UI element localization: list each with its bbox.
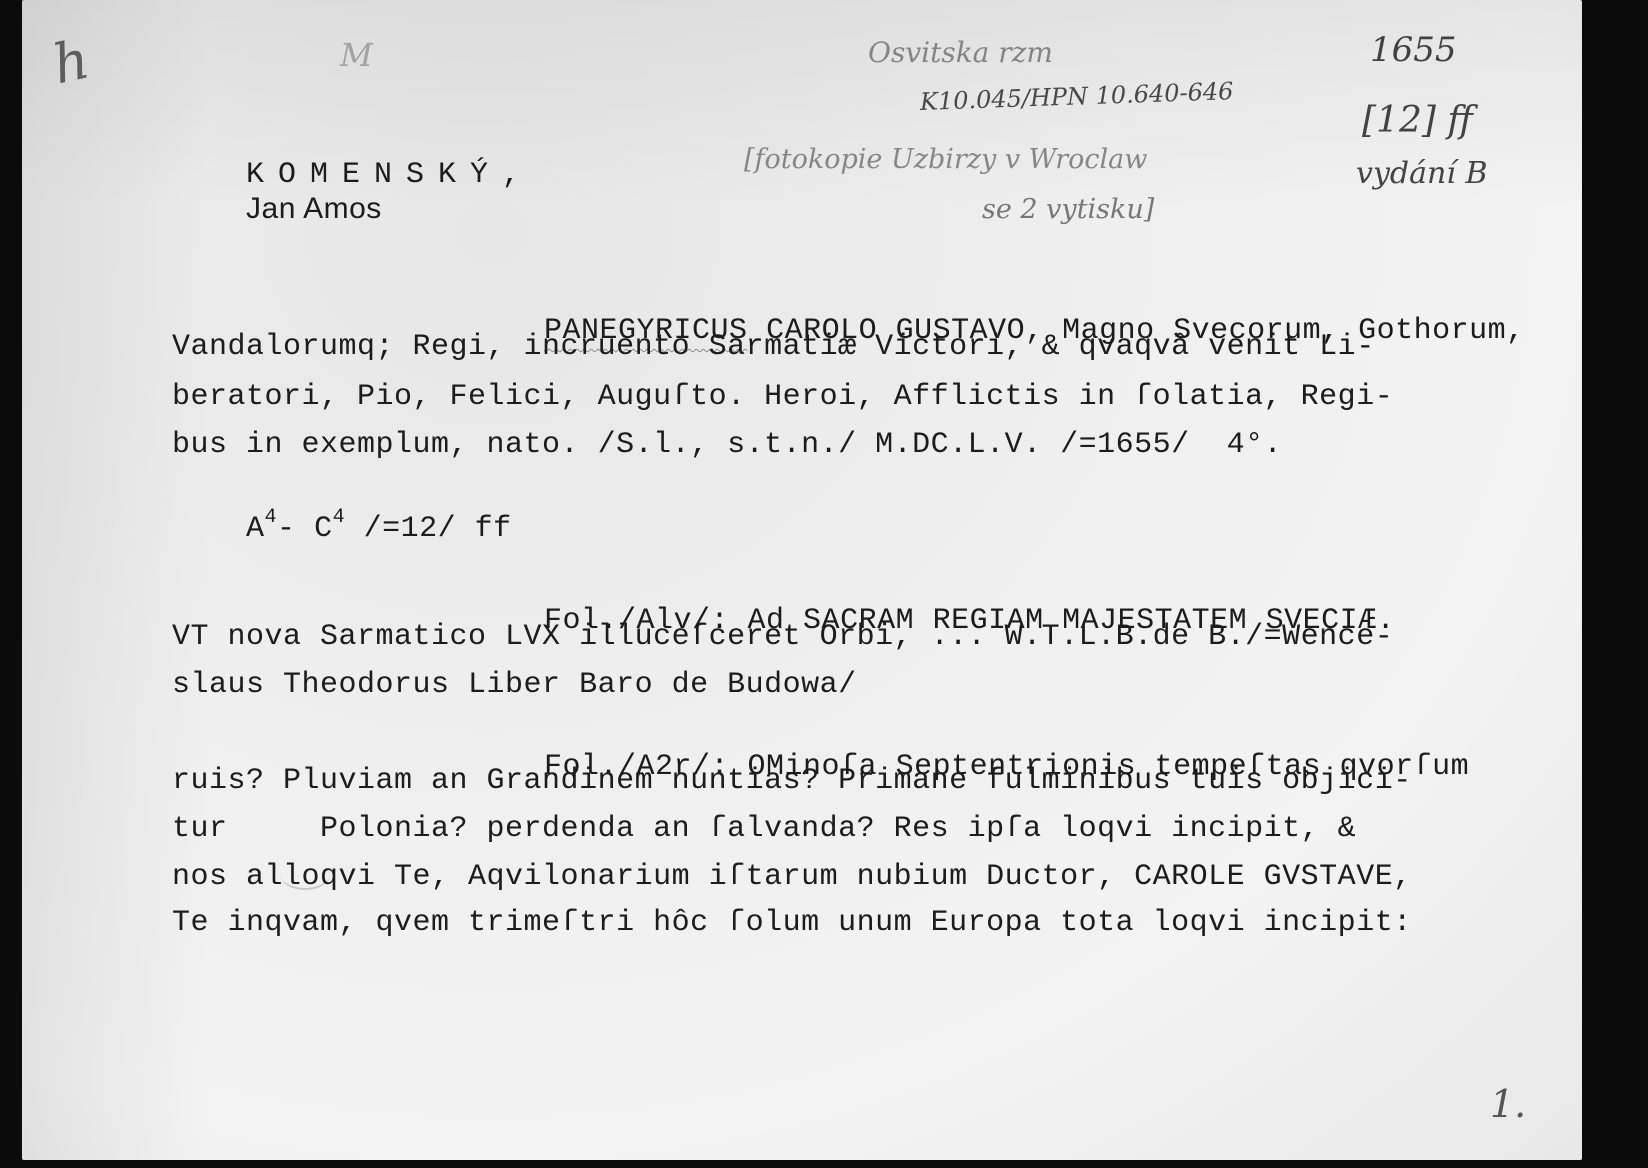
incipit-1-line-2: VT nova Sarmatico LVX illuceſceret Orbi,… <box>172 620 1393 654</box>
handwritten-card-number: 1. <box>1490 1082 1526 1126</box>
author-separator: , <box>502 158 521 192</box>
scan-border-bottom <box>0 1160 1648 1168</box>
signature-c: C <box>314 512 333 546</box>
scan-border-left <box>0 0 22 1168</box>
handwritten-bracket-note-line2: se 2 vytisku] <box>982 194 1154 225</box>
handwritten-shelfmarks: K10.045/HPN 10.640-646 <box>920 77 1234 116</box>
leaf-count: /=12/ ff <box>345 512 512 546</box>
incipit-2-line-5: Te inqvam, qvem trimeſtri hôc ſolum unum… <box>172 906 1412 940</box>
signature-c-count: 4 <box>333 506 346 529</box>
title-line-2: Vandalorumq; Regi, incruento Sarmatiæ Vi… <box>172 330 1375 364</box>
incipit-1-line-3: slaus Theodorus Liber Baro de Budowa/ <box>172 668 857 702</box>
title-line-4: bus in exemplum, nato. /S.l., s.t.n./ M.… <box>172 428 1282 462</box>
catalog-card: h M Osvitska rzm K10.045/HPN 10.640-646 … <box>22 0 1582 1160</box>
incipit-2-line-3: tur Polonia? perdenda an ſalvanda? Res i… <box>172 812 1356 846</box>
collation-dash: - <box>277 512 314 546</box>
author-given-name: Jan Amos <box>246 192 382 225</box>
scan-border-right <box>1582 0 1648 1168</box>
handwritten-year: 1655 <box>1370 30 1457 70</box>
handwritten-top-mark: M <box>340 36 373 74</box>
handwritten-top-left-mark: h <box>47 27 94 96</box>
author-surname: KOMENSKÝ <box>246 158 502 192</box>
author-heading: KOMENSKÝ, Jan Amos <box>172 124 521 262</box>
incipit-2-line-2: ruis? Pluviam an Grandinem nuntias? Prim… <box>172 764 1412 798</box>
title-line-3: beratori, Pio, Felici, Auguſto. Heroi, A… <box>172 380 1393 414</box>
handwritten-bracket-note-line1: [fotokopie Uzbirzy v Wroclaw <box>744 144 1147 175</box>
signature-a: A <box>246 512 265 546</box>
handwritten-top-note: Osvitska rzm <box>868 36 1053 69</box>
signature-a-count: 4 <box>265 506 278 529</box>
handwritten-folio-count: [12] ff <box>1362 100 1473 141</box>
collation-line: A4- C4 /=12/ ff <box>172 478 512 580</box>
incipit-2-line-4: nos alloqvi Te, Aqvilonarium iſtarum nub… <box>172 860 1412 894</box>
handwritten-edition: vydání B <box>1356 156 1487 191</box>
